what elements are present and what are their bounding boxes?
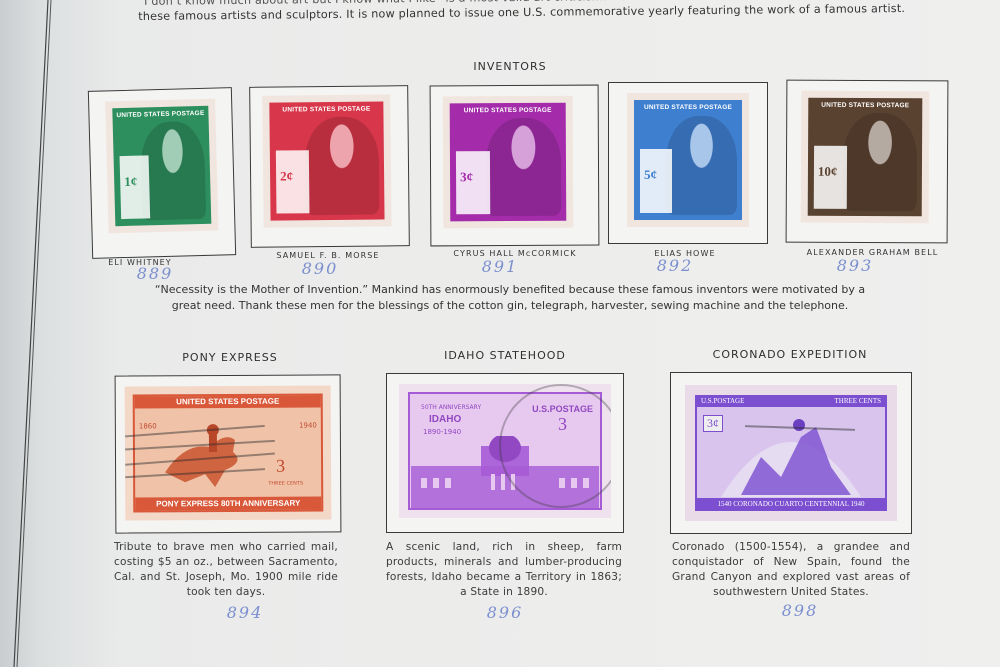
stamp-denomination: 1¢ (124, 174, 137, 190)
stamp-subheader: 50TH ANNIVERSARY (421, 404, 481, 411)
inventors-paragraph-line-1: “Necessity is the Mother of Invention.” … (110, 282, 910, 298)
stamp-denomination: 5¢ (644, 167, 657, 183)
stamp-mount-coronado-expedition: U.S.POSTAGE THREE CENTS 3¢ 1540 CORONADO… (670, 372, 912, 534)
stamp-denomination-words: THREE CENTS (268, 481, 303, 487)
stamp-mount-elias-howe: UNITED STATES POSTAGE 5¢ (608, 82, 768, 244)
stamp-header-right: THREE CENTS (835, 397, 881, 405)
stamp-header: UNITED STATES POSTAGE (443, 107, 573, 115)
section-title-inventors: INVENTORS (440, 60, 580, 73)
stamp-header-left: U.S.POSTAGE (701, 397, 744, 405)
section-title-coronado-expedition: CORONADO EXPEDITION (695, 348, 885, 361)
description-coronado-expedition: Coronado (1500-1554), a grandee and conq… (672, 540, 910, 600)
portrait-illustration (485, 118, 561, 216)
stamp-denomination: 3¢ (460, 169, 473, 185)
stamp-mount-alexander-graham-bell: UNITED STATES POSTAGE 10¢ (786, 80, 949, 244)
stamp-footer: 1540 CORONADO CUARTO CENTENNIAL 1940 (697, 500, 885, 508)
inventors-paragraph: “Necessity is the Mother of Invention.” … (110, 282, 910, 313)
section-title-pony-express: PONY EXPRESS (150, 351, 310, 364)
stamp-header: UNITED STATES POSTAGE (801, 102, 929, 110)
stamp-mount-samuel-f-b-morse: UNITED STATES POSTAGE 2¢ (249, 85, 410, 248)
stamp-header: UNITED STATES POSTAGE (125, 396, 331, 406)
stamp-eli-whitney[interactable]: UNITED STATES POSTAGE 1¢ (105, 99, 218, 234)
portrait-illustration (666, 116, 737, 215)
stamp-header: UNITED STATES POSTAGE (627, 104, 749, 111)
catalog-number-cyrus-hall-mccormick: 891 (470, 257, 530, 276)
inventors-paragraph-line-2: great need. Thank these men for the bles… (110, 298, 910, 314)
rider-illustration (155, 412, 265, 493)
catalog-number-eli-whitney: 889 (125, 264, 185, 283)
stamp-coronado-expedition[interactable]: U.S.POSTAGE THREE CENTS 3¢ 1540 CORONADO… (685, 385, 897, 521)
stamp-elias-howe[interactable]: UNITED STATES POSTAGE 5¢ (627, 93, 749, 227)
catalog-number-alexander-graham-bell: 893 (825, 256, 885, 275)
stamp-mount-cyrus-hall-mccormick: UNITED STATES POSTAGE 3¢ (430, 85, 600, 247)
section-title-idaho-statehood: IDAHO STATEHOOD (420, 349, 590, 362)
stamp-cyrus-hall-mccormick[interactable]: UNITED STATES POSTAGE 3¢ (443, 96, 574, 229)
catalog-number-pony-express: 894 (200, 603, 290, 622)
album-binding (0, 0, 60, 667)
stamp-state: IDAHO (429, 414, 461, 425)
stamp-pony-express[interactable]: UNITED STATES POSTAGE PONY EXPRESS 80TH … (125, 385, 332, 520)
stamp-years: 1890-1940 (423, 428, 461, 436)
stamp-denomination: 3¢ (703, 415, 723, 432)
coronado-illustration (721, 407, 861, 497)
stamp-mount-eli-whitney: UNITED STATES POSTAGE 1¢ (88, 87, 236, 259)
catalog-number-samuel-f-b-morse: 890 (290, 259, 350, 278)
stamp-samuel-f-b-morse[interactable]: UNITED STATES POSTAGE 2¢ (262, 94, 391, 227)
stamp-alexander-graham-bell[interactable]: UNITED STATES POSTAGE 10¢ (801, 91, 930, 224)
portrait-illustration (304, 117, 379, 215)
stamp-mount-idaho-statehood: 50TH ANNIVERSARY IDAHO 1890-1940 U.S.POS… (386, 373, 624, 533)
catalog-number-idaho-statehood: 896 (460, 603, 550, 622)
catalog-number-elias-howe: 892 (645, 256, 705, 275)
stamp-footer: PONY EXPRESS 80TH ANNIVERSARY (125, 498, 331, 508)
catalog-number-coronado-expedition: 898 (755, 601, 845, 620)
stamp-denomination: 10¢ (818, 164, 838, 180)
stamp-idaho-statehood[interactable]: 50TH ANNIVERSARY IDAHO 1890-1940 U.S.POS… (399, 384, 611, 518)
intro-text: “I don’t know much about art but I know … (138, 0, 908, 24)
description-pony-express: Tribute to brave men who carried mail, c… (114, 540, 338, 600)
portrait-illustration (843, 113, 918, 211)
stamp-denomination: 2¢ (280, 168, 293, 184)
stamp-header: UNITED STATES POSTAGE (262, 105, 390, 113)
stamp-mount-pony-express: UNITED STATES POSTAGE PONY EXPRESS 80TH … (115, 374, 342, 533)
portrait-illustration (140, 121, 206, 220)
description-idaho-statehood: A scenic land, rich in sheep, farm produ… (386, 540, 622, 600)
stamp-denomination: 3 (276, 456, 285, 477)
stamp-year-right: 1940 (299, 422, 317, 430)
